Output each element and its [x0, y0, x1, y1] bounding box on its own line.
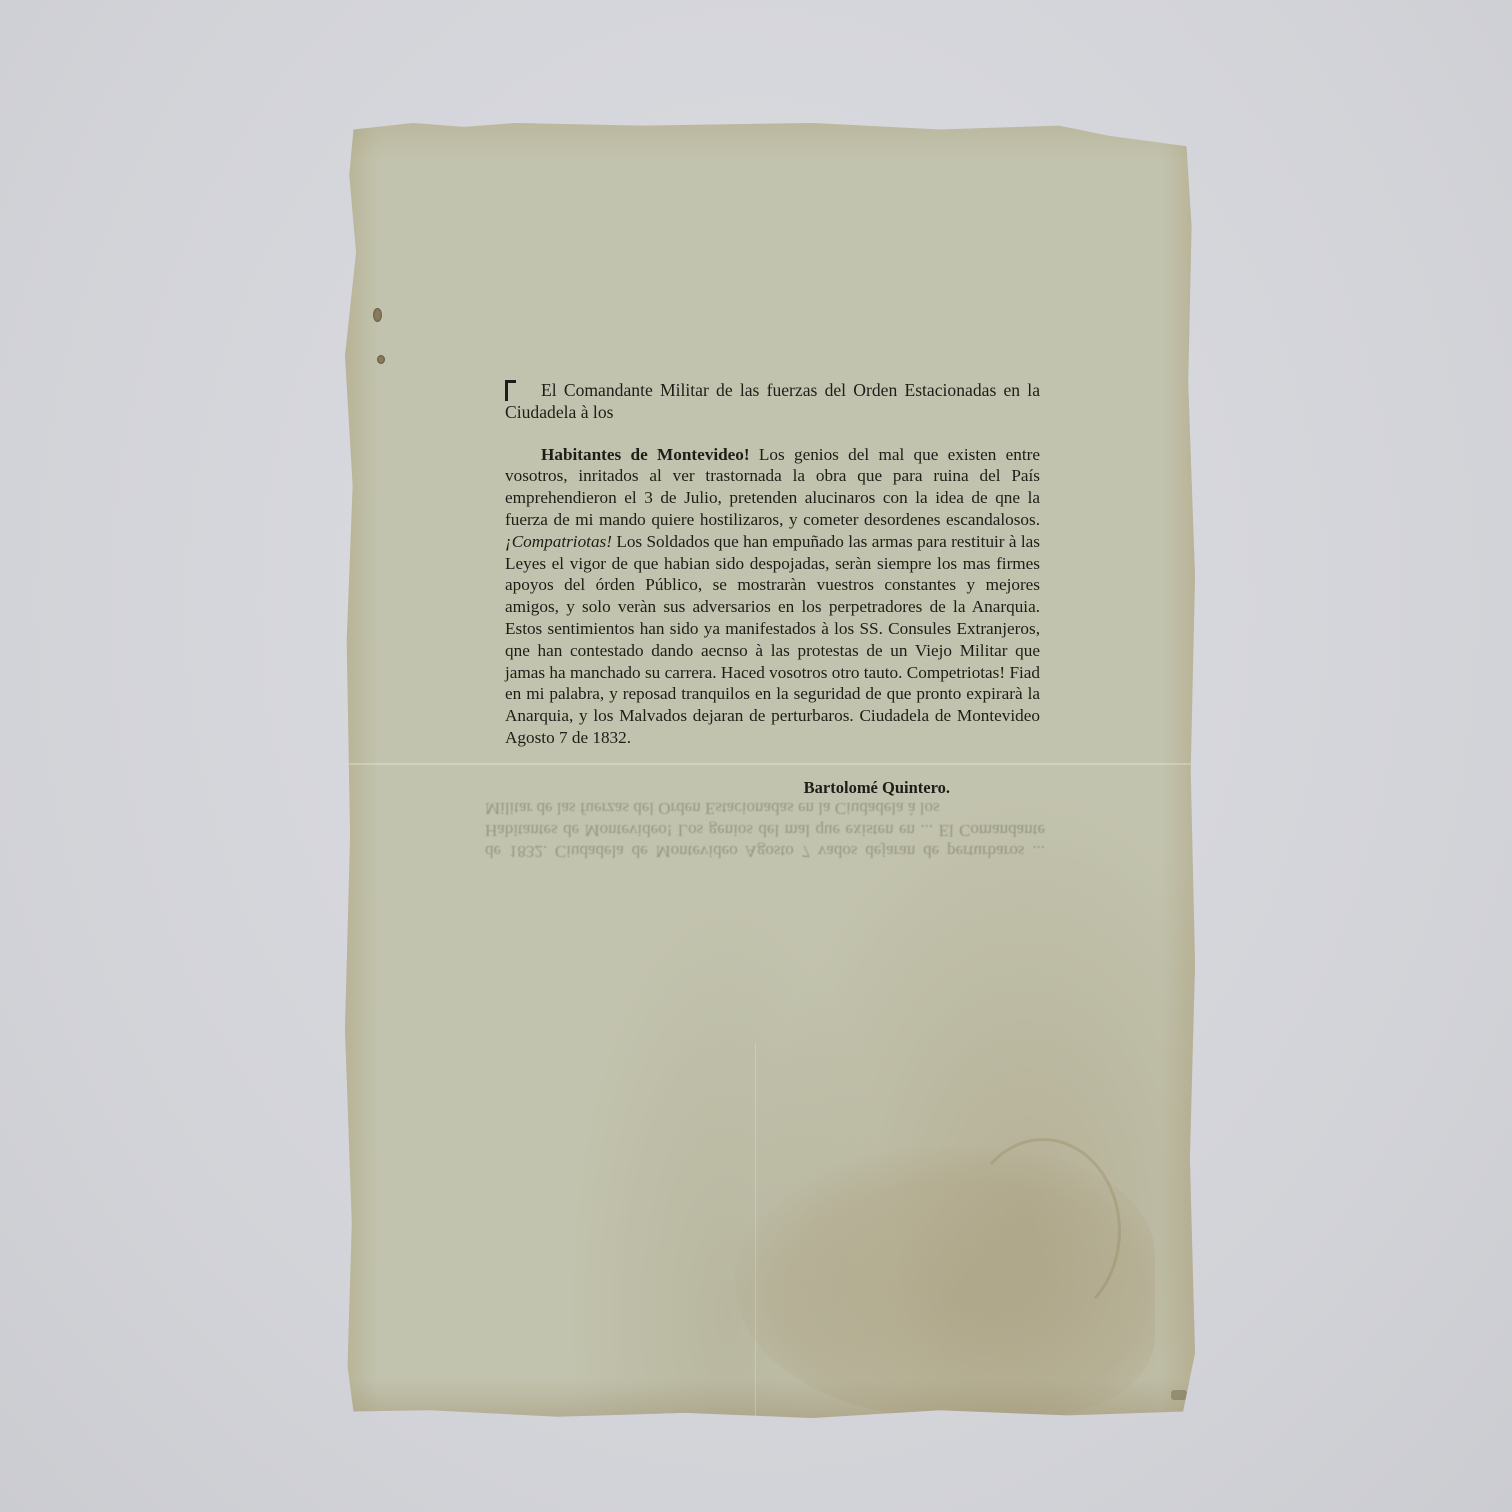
body-text-part-2: Los Soldados que han empuñado las armas …: [505, 532, 1040, 747]
photo-backdrop: de 1832. Ciudadela de Montevideo Agosto …: [0, 0, 1512, 1512]
proclamation-text: El Comandante Militar de las fuerzas del…: [505, 380, 1040, 799]
corner-damage: [1171, 1390, 1187, 1400]
binding-hole-icon: [373, 308, 382, 322]
proclamation-heading: El Comandante Militar de las fuerzas del…: [505, 380, 1040, 424]
exclamation-compatriotas: ¡Compatriotas!: [505, 532, 612, 551]
proclamation-body: Habitantes de Montevideo! Los genios del…: [505, 444, 1040, 749]
salutation: Habitantes de Montevideo!: [541, 445, 750, 464]
reverse-side-bleed-through-text: de 1832. Ciudadela de Montevideo Agosto …: [485, 798, 1045, 862]
binding-hole-icon: [377, 355, 385, 364]
paper-sheet: de 1832. Ciudadela de Montevideo Agosto …: [345, 123, 1195, 1418]
signature: Bartolomé Quintero.: [505, 777, 1040, 799]
water-stain-edge: [965, 1138, 1121, 1324]
